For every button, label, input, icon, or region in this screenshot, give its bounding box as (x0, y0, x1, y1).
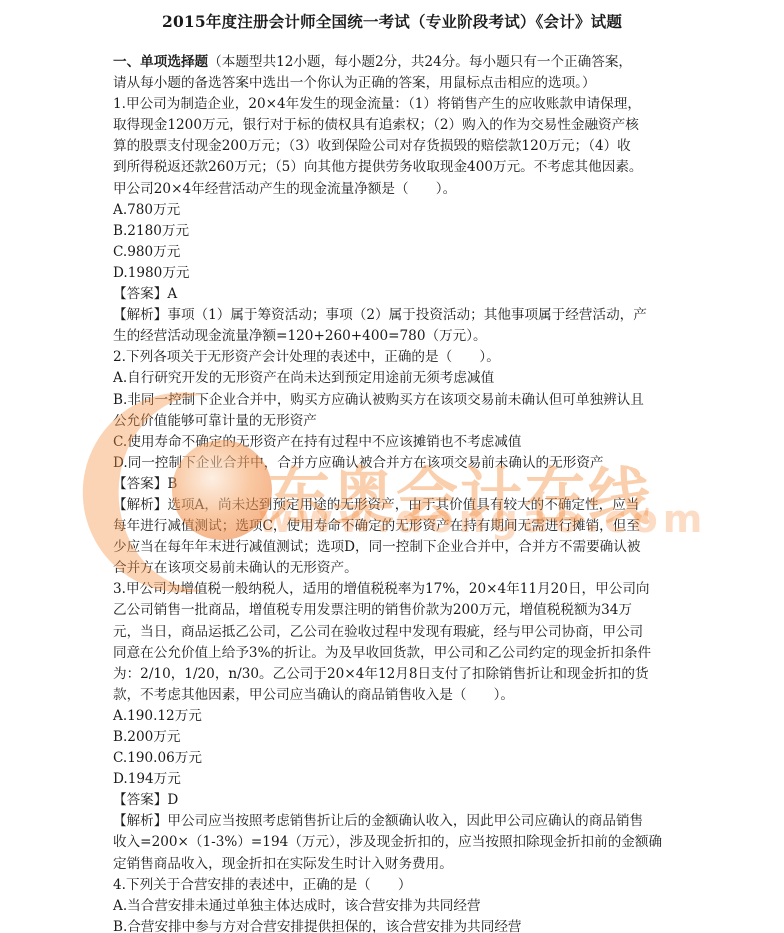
question-stem: 到所得税返还款260万元；（5）向其他方提供劳务收取现金400万元。不考虑其他因… (113, 157, 687, 178)
analysis: 生的经营活动现金流量净额=120+260+400=780（万元）。 (113, 326, 687, 347)
option-b[interactable]: B.合营安排中参与方对合营安排提供担保的，该合营安排为共同经营 (113, 917, 687, 933)
analysis: 定销售商品收入，现金折扣在实际发生时计入财务费用。 (113, 854, 687, 875)
exam-content: 一、单项选择题（本题型共12小题，每小题2分，共24分。每小题只有一个正确答案，… (113, 52, 687, 933)
option-b[interactable]: B.200万元 (113, 727, 687, 748)
page-title: 2015年度注册会计师全国统一考试（专业阶段考试）《会计》试题 (0, 10, 784, 32)
option-b[interactable]: B.非同一控制下企业合并中，购买方应确认被购买方在该项交易前未确认但可单独辨认且 (113, 390, 687, 411)
option-d[interactable]: D.同一控制下企业合并中，合并方应确认被合并方在该项交易前未确认的无形资产 (113, 453, 687, 474)
option-c[interactable]: C.980万元 (113, 242, 687, 263)
question-stem: 算的股票支付现金200万元；（3）收到保险公司对存货损毁的赔偿款120万元；（4… (113, 136, 687, 157)
question-stem: 同意在公允价值上给予3%的折让。为及早收回货款，甲公司和乙公司约定的现金折扣条件 (113, 643, 687, 664)
question-stem: 2.下列各项关于无形资产会计处理的表述中，正确的是（ ）。 (113, 347, 687, 368)
analysis: 收入=200×（1-3%）=194（万元），涉及现金折扣的，应当按照扣除现金折扣… (113, 832, 687, 853)
question-stem: 取得现金1200万元，银行对于标的债权具有追索权；（2）购入的作为交易性金融资产… (113, 115, 687, 136)
option-a[interactable]: A.自行研究开发的无形资产在尚未达到预定用途前无须考虑减值 (113, 368, 687, 389)
option-b-cont[interactable]: 公允价值能够可靠计量的无形资产 (113, 411, 687, 432)
question-stem: 甲公司20×4年经营活动产生的现金流量净额是（ ）。 (113, 179, 687, 200)
analysis: 【解析】选项A，尚未达到预定用途的无形资产，由于其价值具有较大的不确定性，应当 (113, 495, 687, 516)
question-stem: 1.甲公司为制造企业，20×4年发生的现金流量：（1）将销售产生的应收账款申请保… (113, 94, 687, 115)
analysis: 每年进行减值测试；选项C，使用寿命不确定的无形资产在持有期间无需进行摊销，但至 (113, 516, 687, 537)
answer: 【答案】D (113, 790, 687, 811)
section-heading: 一、单项选择题（本题型共12小题，每小题2分，共24分。每小题只有一个正确答案， (113, 52, 687, 73)
analysis: 【解析】甲公司应当按照考虑销售折让后的金额确认收入，因此甲公司应确认的商品销售 (113, 811, 687, 832)
analysis: 少应当在每年年末进行减值测试；选项D，同一控制下企业合并中，合并方不需要确认被 (113, 537, 687, 558)
document-page: 2015年度注册会计师全国统一考试（专业阶段考试）《会计》试题 一、单项选择题（… (0, 0, 784, 933)
analysis: 合并方在该项交易前未确认的无形资产。 (113, 558, 687, 579)
section-title: 一、单项选择题 (113, 54, 208, 70)
question-3: 3.甲公司为增值税一般纳税人，适用的增值税税率为17%，20×4年11月20日，… (113, 579, 687, 874)
option-d[interactable]: D.194万元 (113, 769, 687, 790)
question-stem: 4.下列关于合营安排的表述中，正确的是（ ） (113, 875, 687, 896)
option-d[interactable]: D.1980万元 (113, 263, 687, 284)
question-stem: 款，不考虑其他因素，甲公司应当确认的商品销售收入是（ ）。 (113, 685, 687, 706)
question-4: 4.下列关于合营安排的表述中，正确的是（ ） A.当合营安排未通过单独主体达成时… (113, 875, 687, 933)
section-instructions: （本题型共12小题，每小题2分，共24分。每小题只有一个正确答案， (208, 54, 632, 70)
analysis: 【解析】事项（1）属于筹资活动；事项（2）属于投资活动；其他事项属于经营活动，产 (113, 305, 687, 326)
option-a[interactable]: A.780万元 (113, 200, 687, 221)
question-stem: 乙公司销售一批商品，增值税专用发票注明的销售价款为200万元，增值税税额为34万 (113, 600, 687, 621)
question-stem: 为：2/10，1/20，n/30。乙公司于20×4年12月8日支付了扣除销售折让… (113, 664, 687, 685)
section-instructions-cont: 请从每小题的备选答案中选出一个你认为正确的答案，用鼠标点击相应的选项。） (113, 73, 687, 94)
option-b[interactable]: B.2180万元 (113, 221, 687, 242)
option-c[interactable]: C.190.06万元 (113, 748, 687, 769)
question-2: 2.下列各项关于无形资产会计处理的表述中，正确的是（ ）。 A.自行研究开发的无… (113, 347, 687, 579)
answer: 【答案】B (113, 474, 687, 495)
question-1: 1.甲公司为制造企业，20×4年发生的现金流量：（1）将销售产生的应收账款申请保… (113, 94, 687, 347)
answer: 【答案】A (113, 284, 687, 305)
option-a[interactable]: A.当合营安排未通过单独主体达成时，该合营安排为共同经营 (113, 896, 687, 917)
option-a[interactable]: A.190.12万元 (113, 706, 687, 727)
question-stem: 元，当日，商品运抵乙公司，乙公司在验收过程中发现有瑕疵，经与甲公司协商，甲公司 (113, 622, 687, 643)
question-stem: 3.甲公司为增值税一般纳税人，适用的增值税税率为17%，20×4年11月20日，… (113, 579, 687, 600)
option-c[interactable]: C.使用寿命不确定的无形资产在持有过程中不应该摊销也不考虑减值 (113, 432, 687, 453)
